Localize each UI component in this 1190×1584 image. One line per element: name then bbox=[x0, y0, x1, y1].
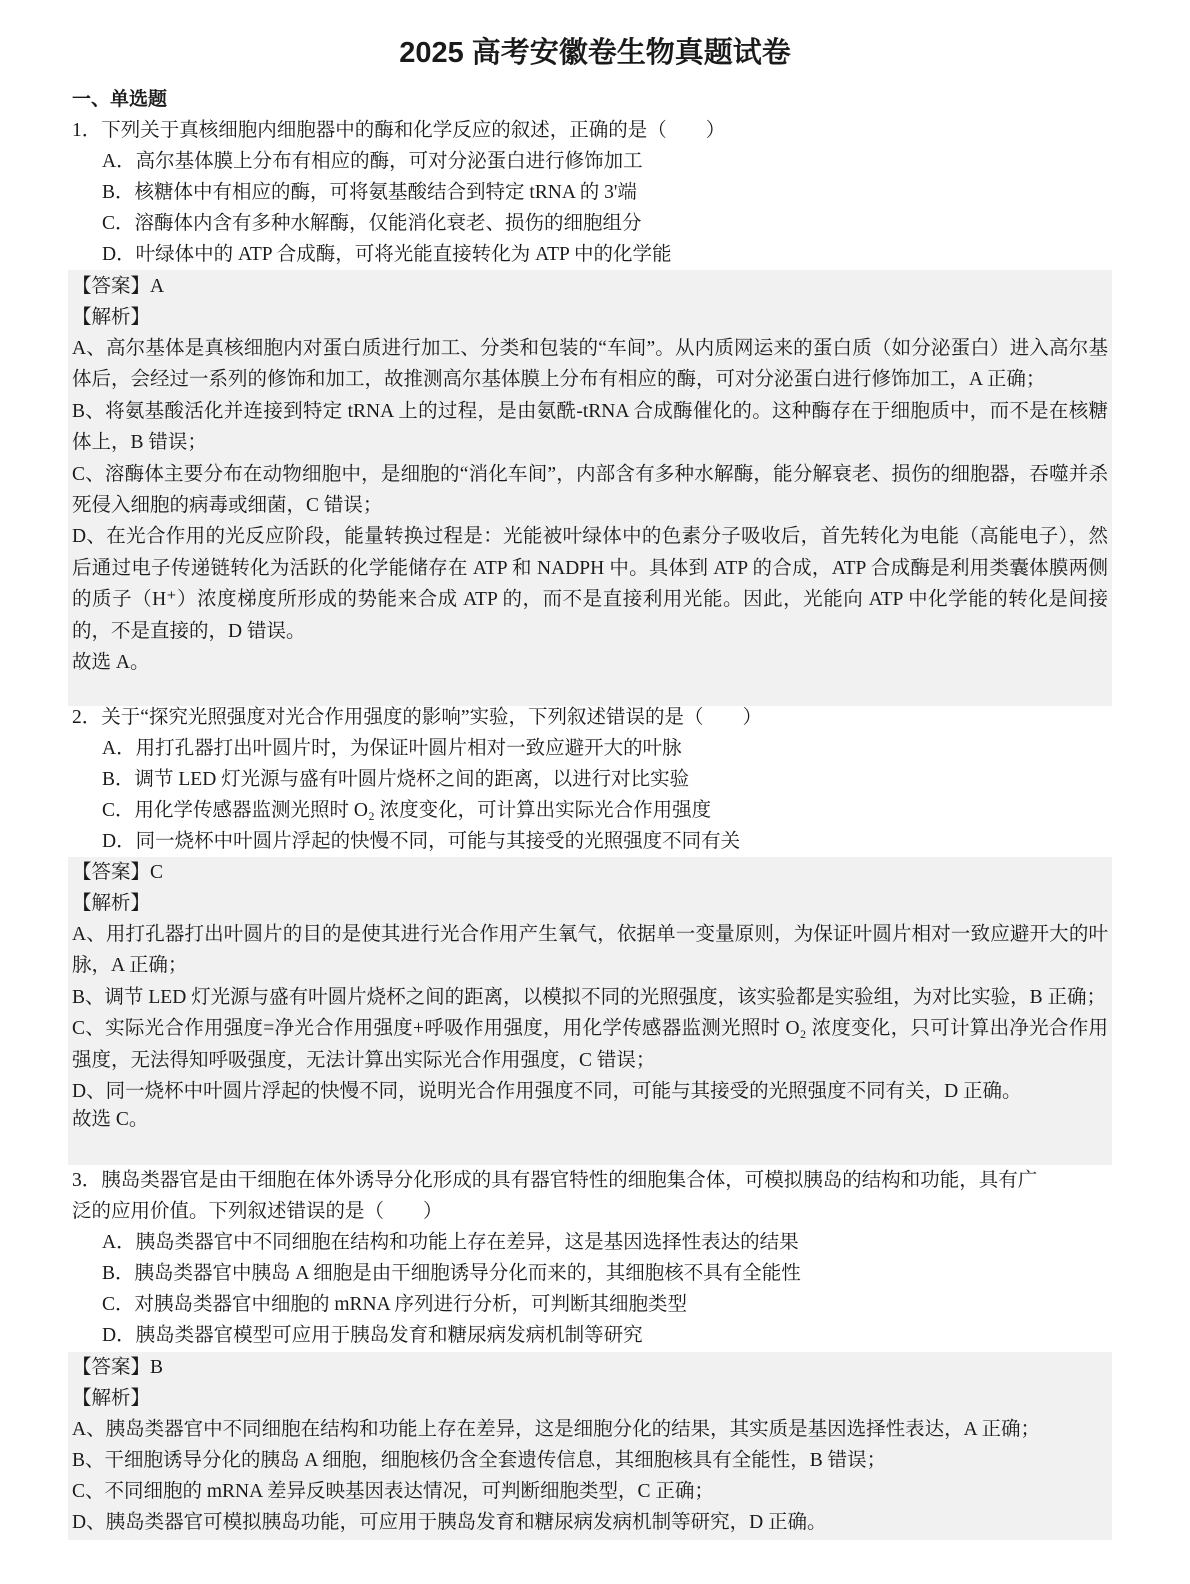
analysis-c: C、不同细胞的 mRNA 差异反映基因表达情况，可判断细胞类型，C 正确； bbox=[68, 1476, 1112, 1507]
option-a: A．高尔基体膜上分布有相应的酶，可对分泌蛋白进行修饰加工 bbox=[68, 146, 1112, 177]
question-stem: 2．关于“探究光照强度对光合作用强度的影响”实验，下列叙述错误的是（ ） bbox=[68, 702, 1112, 733]
question-stem-line-2: 泛的应用价值。下列叙述错误的是（ ） bbox=[68, 1196, 1112, 1227]
analysis-b: B、干细胞诱导分化的胰岛 A 细胞，细胞核仍含全套遗传信息，其细胞核具有全能性，… bbox=[68, 1445, 1112, 1476]
analysis-label: 【解析】 bbox=[68, 302, 1112, 333]
analysis-a: A、用打孔器打出叶圆片的目的是使其进行光合作用产生氧气，依据单一变量原则，为保证… bbox=[68, 919, 1112, 982]
analysis-label: 【解析】 bbox=[68, 888, 1112, 919]
option-c: C．用化学传感器监测光照时 O₂ 浓度变化，可计算出实际光合作用强度 bbox=[68, 795, 1112, 826]
analysis-a: A、高尔基体是真核细胞内对蛋白质进行加工、分类和包装的“车间”。从内质网运来的蛋… bbox=[68, 333, 1112, 396]
option-d: D．叶绿体中的 ATP 合成酶，可将光能直接转化为 ATP 中的化学能 bbox=[68, 239, 1112, 270]
answer-label: 【答案】A bbox=[68, 271, 1112, 302]
analysis-label: 【解析】 bbox=[68, 1383, 1112, 1414]
option-d: D．同一烧杯中叶圆片浮起的快慢不同，可能与其接受的光照强度不同有关 bbox=[68, 826, 1112, 857]
option-a: A．用打孔器打出叶圆片时，为保证叶圆片相对一致应避开大的叶脉 bbox=[68, 733, 1112, 764]
option-a: A．胰岛类器官中不同细胞在结构和功能上存在差异，这是基因选择性表达的结果 bbox=[68, 1227, 1112, 1258]
answer-box-2: 【答案】C 【解析】 A、用打孔器打出叶圆片的目的是使其进行光合作用产生氧气，依… bbox=[68, 857, 1112, 1165]
question-2: 2．关于“探究光照强度对光合作用强度的影响”实验，下列叙述错误的是（ ） A．用… bbox=[68, 702, 1112, 857]
question-1: 1．下列关于真核细胞内细胞器中的酶和化学反应的叙述，正确的是（ ） A．高尔基体… bbox=[68, 115, 1112, 270]
document-title: 2025 高考安徽卷生物真题试卷 bbox=[0, 33, 1190, 73]
question-stem-line-1: 3．胰岛类器官是由干细胞在体外诱导分化形成的具有器官特性的细胞集合体，可模拟胰岛… bbox=[68, 1165, 1112, 1196]
option-c: C．溶酶体内含有多种水解酶，仅能消化衰老、损伤的细胞组分 bbox=[68, 208, 1112, 239]
question-3: 3．胰岛类器官是由干细胞在体外诱导分化形成的具有器官特性的细胞集合体，可模拟胰岛… bbox=[68, 1165, 1112, 1351]
analysis-b: B、将氨基酸活化并连接到特定 tRNA 上的过程，是由氨酰-tRNA 合成酶催化… bbox=[68, 396, 1112, 459]
option-b: B．调节 LED 灯光源与盛有叶圆片烧杯之间的距离，以进行对比实验 bbox=[68, 764, 1112, 795]
option-b: B．核糖体中有相应的酶，可将氨基酸结合到特定 tRNA 的 3'端 bbox=[68, 177, 1112, 208]
analysis-c: C、实际光合作用强度=净光合作用强度+呼吸作用强度，用化学传感器监测光照时 O₂… bbox=[68, 1013, 1112, 1076]
section-heading: 一、单选题 bbox=[72, 86, 167, 114]
conclusion: 故选 C。 bbox=[68, 1107, 1112, 1133]
option-b: B．胰岛类器官中胰岛 A 细胞是由干细胞诱导分化而来的，其细胞核不具有全能性 bbox=[68, 1258, 1112, 1289]
question-stem: 1．下列关于真核细胞内细胞器中的酶和化学反应的叙述，正确的是（ ） bbox=[68, 115, 1112, 146]
analysis-d: D、胰岛类器官可模拟胰岛功能，可应用于胰岛发育和糖尿病发病机制等研究，D 正确。 bbox=[68, 1507, 1112, 1538]
answer-label: 【答案】B bbox=[68, 1352, 1112, 1383]
answer-box-1: 【答案】A 【解析】 A、高尔基体是真核细胞内对蛋白质进行加工、分类和包装的“车… bbox=[68, 270, 1112, 706]
analysis-b: B、调节 LED 灯光源与盛有叶圆片烧杯之间的距离，以模拟不同的光照强度，该实验… bbox=[68, 982, 1112, 1013]
conclusion: 故选 A。 bbox=[68, 647, 1112, 678]
answer-box-3: 【答案】B 【解析】 A、胰岛类器官中不同细胞在结构和功能上存在差异，这是细胞分… bbox=[68, 1352, 1112, 1540]
analysis-d: D、在光合作用的光反应阶段，能量转换过程是：光能被叶绿体中的色素分子吸收后，首先… bbox=[68, 521, 1112, 647]
analysis-c: C、溶酶体主要分布在动物细胞中，是细胞的“消化车间”，内部含有多种水解酶，能分解… bbox=[68, 459, 1112, 522]
analysis-a: A、胰岛类器官中不同细胞在结构和功能上存在差异，这是细胞分化的结果，其实质是基因… bbox=[68, 1414, 1112, 1445]
answer-label: 【答案】C bbox=[68, 857, 1112, 888]
analysis-d: D、同一烧杯中叶圆片浮起的快慢不同，说明光合作用强度不同，可能与其接受的光照强度… bbox=[68, 1076, 1112, 1107]
option-d: D．胰岛类器官模型可应用于胰岛发育和糖尿病发病机制等研究 bbox=[68, 1320, 1112, 1351]
option-c: C．对胰岛类器官中细胞的 mRNA 序列进行分析，可判断其细胞类型 bbox=[68, 1289, 1112, 1320]
